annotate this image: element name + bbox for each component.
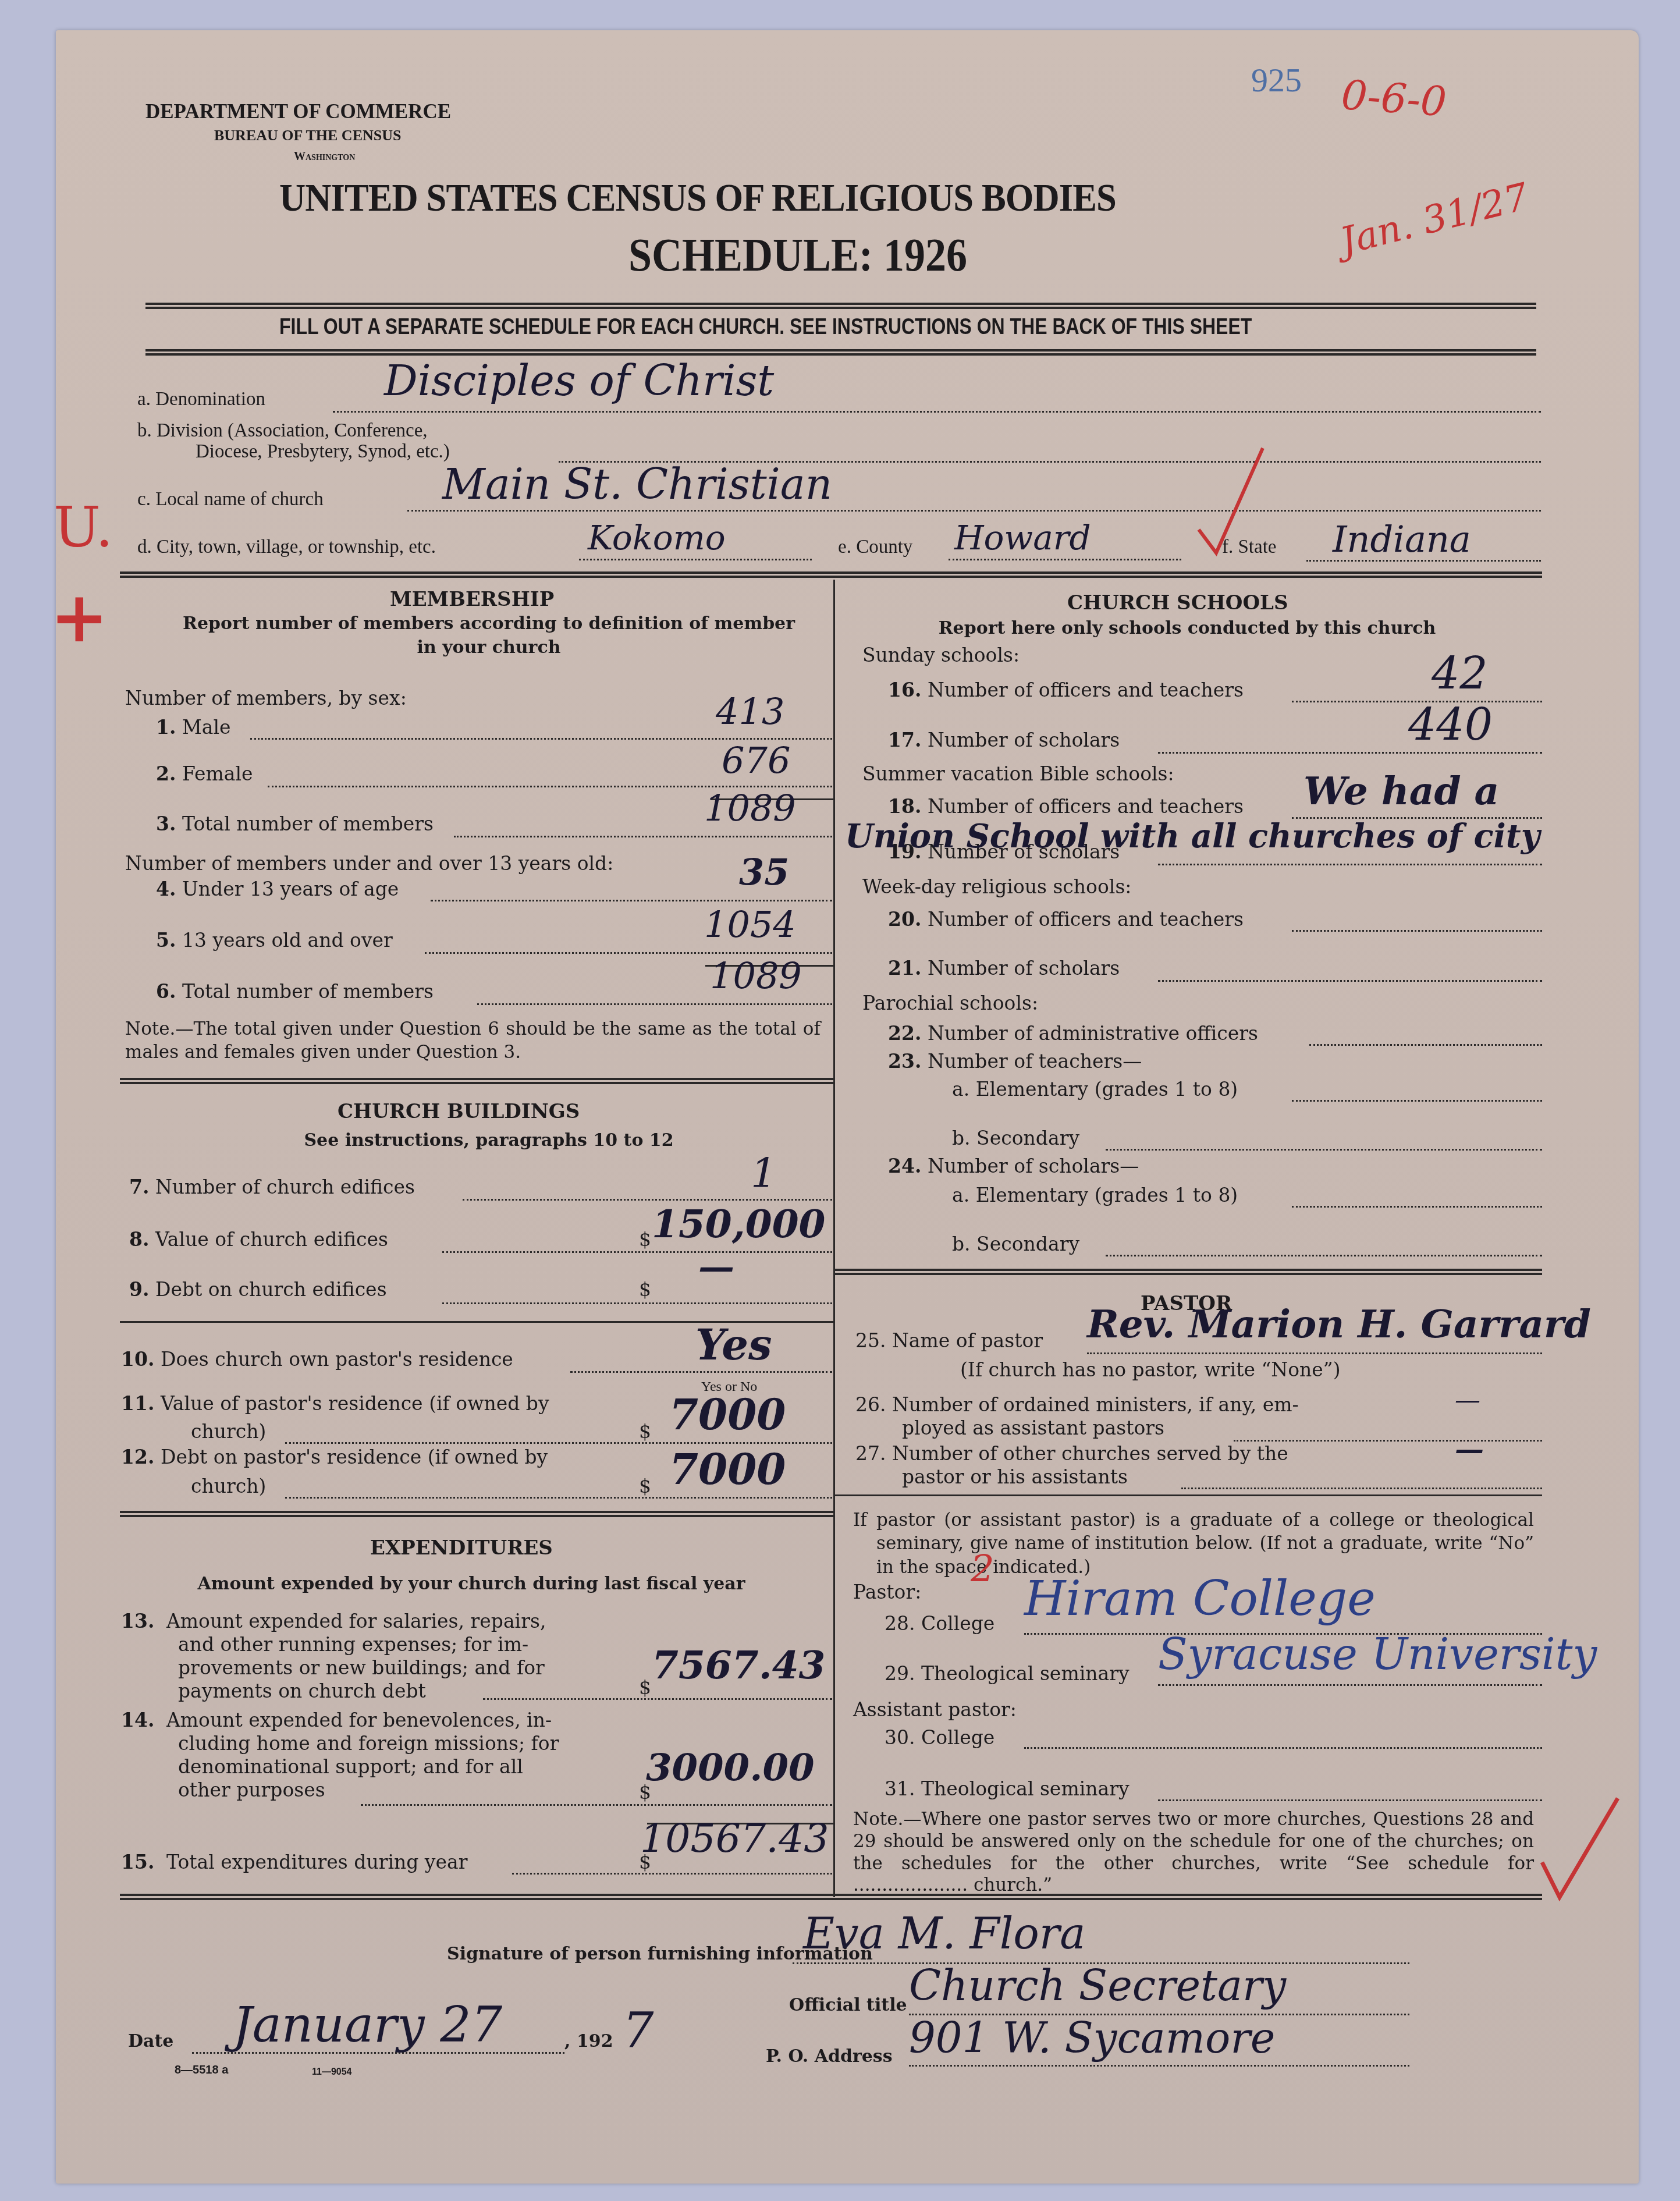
sunday-schools-heading: Sunday schools: xyxy=(862,644,1020,666)
q15-value[interactable]: 10567.43 xyxy=(640,1816,829,1862)
date-year-prefix: , 192 xyxy=(564,2031,613,2051)
q24a-line xyxy=(1292,1206,1542,1208)
margin-u-annotation: U. xyxy=(54,495,113,560)
pastor-name-value[interactable]: Rev. Marion H. Garrard xyxy=(1087,1301,1591,1347)
q27-label: 27. Number of other churches served by t… xyxy=(855,1442,1288,1465)
q26-label: 26. Number of ordained ministers, if any… xyxy=(855,1393,1299,1416)
total-members-2-value[interactable]: 1089 xyxy=(710,954,802,997)
id-divider xyxy=(120,571,1542,578)
assistant-education-heading: Assistant pastor: xyxy=(853,1698,1017,1721)
pastor-name-label: 25. Name of pastor xyxy=(855,1329,1043,1352)
edifices-value-label: 8. Value of church edifices xyxy=(129,1228,388,1251)
instructions-banner: FILL OUT A SEPARATE SCHEDULE FOR EACH CH… xyxy=(279,314,1252,340)
under-13-line xyxy=(431,900,832,901)
members-by-sex-label: Number of members, by sex: xyxy=(125,687,407,709)
pastor-mark-annotation: 2 xyxy=(971,1548,994,1591)
edifices-debt-value[interactable]: — xyxy=(698,1245,734,1288)
church-schools-title: CHURCH SCHOOLS xyxy=(1067,591,1288,615)
members-by-age-label: Number of members under and over 13 year… xyxy=(125,852,613,875)
church-name-label: c. Local name of church xyxy=(137,489,324,510)
seminary-label: 29. Theological seminary xyxy=(885,1662,1130,1685)
expenditures-subtitle: Amount expended by your church during la… xyxy=(128,1572,815,1596)
q14-line xyxy=(361,1804,832,1806)
q16-value[interactable]: 42 xyxy=(1432,647,1488,699)
pastor-divider xyxy=(833,1494,1542,1496)
edifices-value-value[interactable]: 150,000 xyxy=(652,1201,826,1247)
q18-label: 18. Number of officers and teachers xyxy=(888,795,1244,818)
college-value[interactable]: Hiram College xyxy=(1024,1571,1376,1627)
address-label: P. O. Address xyxy=(766,2046,893,2067)
summer-schools-heading: Summer vacation Bible schools: xyxy=(862,762,1174,785)
form-title: UNITED STATES CENSUS OF RELIGIOUS BODIES xyxy=(279,175,1116,221)
county-value[interactable]: Howard xyxy=(954,518,1091,558)
header-divider xyxy=(145,303,1536,309)
edifices-count-label: 7. Number of church edifices xyxy=(129,1176,415,1198)
membership-note: Note.—The total given under Question 6 s… xyxy=(125,1017,821,1064)
form-number: 8—5518 a xyxy=(175,2064,228,2077)
edifices-count-value[interactable]: 1 xyxy=(751,1149,777,1197)
education-instructions: If pastor (or assistant pastor) is a gra… xyxy=(853,1508,1534,1579)
address-line xyxy=(909,2065,1409,2067)
under-13-value[interactable]: 35 xyxy=(739,851,789,893)
total-members-line xyxy=(454,836,832,837)
q26-label-2: ployed as assistant pastors xyxy=(902,1417,1164,1439)
denomination-line xyxy=(333,411,1541,413)
residence-debt-value[interactable]: 7000 xyxy=(669,1444,786,1494)
pastor-education-heading: Pastor: xyxy=(853,1581,921,1603)
q17-line xyxy=(1158,752,1542,754)
q26-value[interactable]: — xyxy=(1455,1385,1480,1415)
q26-line xyxy=(1234,1440,1542,1442)
church-buildings-title: CHURCH BUILDINGS xyxy=(338,1100,580,1123)
pastor-name-hint: (If church has no pastor, write “None”) xyxy=(960,1358,1341,1381)
address-value[interactable]: 901 W. Sycamore xyxy=(909,2014,1275,2062)
print-number: 11—9054 xyxy=(312,2067,352,2078)
city-value[interactable]: Kokomo xyxy=(588,518,726,558)
q23-label: 23. Number of teachers— xyxy=(888,1050,1142,1073)
residence-value-label: 11. Value of pastor's residence (if owne… xyxy=(121,1392,549,1415)
stamp-number: 925 xyxy=(1251,61,1302,100)
date-label: Date xyxy=(128,2031,173,2051)
weekday-schools-heading: Week-day religious schools: xyxy=(862,875,1131,898)
county-line xyxy=(949,559,1181,560)
schedule-title: SCHEDULE: 1926 xyxy=(628,229,967,282)
assistant-college-line xyxy=(1024,1747,1542,1749)
assistant-seminary-label: 31. Theological seminary xyxy=(885,1777,1130,1800)
county-label: e. County xyxy=(838,537,912,558)
code-annotation: 0-6-0 xyxy=(1340,71,1448,126)
q23a-label: a. Elementary (grades 1 to 8) xyxy=(952,1078,1238,1100)
female-label: 2. Female xyxy=(156,762,253,785)
banner-divider xyxy=(145,349,1536,356)
residence-debt-label: 12. Debt on pastor's residence (if owned… xyxy=(121,1446,548,1468)
q14-number: 14. xyxy=(121,1709,154,1731)
seminary-value[interactable]: Syracuse University xyxy=(1158,1630,1597,1680)
buildings-divider xyxy=(120,1511,833,1517)
residence-value-line xyxy=(285,1442,832,1444)
residence-value-dollar: $ xyxy=(639,1420,651,1443)
denomination-value[interactable]: Disciples of Christ xyxy=(384,356,774,405)
q24b-label: b. Secondary xyxy=(952,1233,1079,1255)
q21-line xyxy=(1158,980,1542,982)
pastor-name-line xyxy=(1087,1352,1542,1354)
denomination-label: a. Denomination xyxy=(137,389,265,410)
date-value[interactable]: January 27 xyxy=(233,1996,502,2053)
division-label: b. Division (Association, Conference, xyxy=(137,420,428,442)
q23b-label: b. Secondary xyxy=(952,1127,1079,1149)
q17-value[interactable]: 440 xyxy=(1408,698,1493,750)
signature-value[interactable]: Eva M. Flora xyxy=(803,1909,1085,1959)
residence-value-label-2: church) xyxy=(191,1420,266,1443)
over-13-label: 5. 13 years old and over xyxy=(156,929,393,952)
total-members-value[interactable]: 1089 xyxy=(704,787,796,829)
q23a-line xyxy=(1292,1100,1542,1102)
under-13-label: 4. Under 13 years of age xyxy=(156,878,399,900)
q13-dollar: $ xyxy=(639,1676,651,1699)
membership-title: MEMBERSHIP xyxy=(390,588,554,611)
q23b-line xyxy=(1106,1149,1542,1151)
city-line xyxy=(579,559,812,560)
over-13-line xyxy=(425,952,832,954)
q22-label: 22. Number of administrative officers xyxy=(888,1022,1258,1045)
q14-label: Amount expended for benevolences, in- cl… xyxy=(166,1709,559,1802)
male-label: 1. Male xyxy=(156,716,231,739)
q13-line xyxy=(483,1698,832,1700)
red-check-icon xyxy=(1193,442,1286,559)
pastor-note: Note.—Where one pastor serves two or mor… xyxy=(853,1809,1534,1897)
female-value[interactable]: 676 xyxy=(722,739,790,782)
q13-label: Amount expended for salaries, repairs, a… xyxy=(166,1610,546,1703)
owns-residence-line xyxy=(570,1371,832,1373)
bureau-name: BUREAU OF THE CENSUS xyxy=(214,127,401,144)
owns-residence-label: 10. Does church own pastor's residence xyxy=(121,1348,513,1371)
q19-value[interactable]: Union School with all churches of city xyxy=(845,817,1540,855)
seminary-line xyxy=(1158,1684,1542,1686)
schools-divider xyxy=(833,1269,1542,1275)
q21-label: 21. Number of scholars xyxy=(888,957,1120,979)
expenditures-title: EXPENDITURES xyxy=(370,1536,553,1560)
q27-value[interactable]: — xyxy=(1455,1432,1484,1466)
residence-debt-label-2: church) xyxy=(191,1475,266,1497)
bureau-city: Washington xyxy=(294,150,355,164)
total-members-2-label: 6. Total number of members xyxy=(156,980,434,1003)
college-label: 28. College xyxy=(885,1612,994,1635)
q22-line xyxy=(1309,1044,1542,1046)
residence-debt-line xyxy=(285,1497,832,1499)
male-value[interactable]: 413 xyxy=(716,690,784,733)
assistant-college-label: 30. College xyxy=(885,1726,994,1749)
red-check-icon xyxy=(1536,1792,1624,1903)
q15-label: Total expenditures during year xyxy=(166,1851,467,1873)
edifices-debt-dollar: $ xyxy=(639,1278,651,1301)
total-members-2-line xyxy=(477,1003,832,1005)
edifices-debt-label: 9. Debt on church edifices xyxy=(129,1278,387,1301)
q24b-line xyxy=(1106,1255,1542,1256)
q13-value[interactable]: 7567.43 xyxy=(652,1642,826,1688)
column-divider xyxy=(833,580,835,1897)
q14-value[interactable]: 3000.00 xyxy=(646,1746,814,1790)
q20-label: 20. Number of officers and teachers xyxy=(888,908,1244,931)
over-13-value[interactable]: 1054 xyxy=(704,903,796,946)
assistant-seminary-line xyxy=(1158,1799,1542,1801)
q20-line xyxy=(1292,930,1542,932)
total-members-label: 3. Total number of members xyxy=(156,812,434,835)
official-title-value[interactable]: Church Secretary xyxy=(909,1961,1286,2010)
edifices-value-line xyxy=(442,1251,832,1253)
edifices-count-line xyxy=(463,1199,832,1201)
margin-cross-annotation: + xyxy=(50,576,109,658)
church-schools-subtitle: Report here only schools conducted by th… xyxy=(873,617,1501,641)
owns-residence-value[interactable]: Yes xyxy=(695,1320,772,1369)
parochial-schools-heading: Parochial schools: xyxy=(862,992,1038,1014)
q17-label: 17. Number of scholars xyxy=(888,729,1120,751)
edifices-debt-line xyxy=(442,1302,832,1304)
residence-value-value[interactable]: 7000 xyxy=(669,1390,786,1439)
q27-label-2: pastor or his assistants xyxy=(902,1465,1128,1488)
q16-label: 16. Number of officers and teachers xyxy=(888,679,1244,701)
state-value[interactable]: Indiana xyxy=(1333,518,1471,560)
q15-number: 15. xyxy=(121,1851,154,1873)
q24-label: 24. Number of scholars— xyxy=(888,1155,1139,1177)
q18-value[interactable]: We had a xyxy=(1303,768,1499,814)
city-label: d. City, town, village, or township, etc… xyxy=(137,537,436,558)
church-name-value[interactable]: Main St. Christian xyxy=(442,460,832,509)
edifices-value-dollar: $ xyxy=(639,1228,651,1251)
membership-subtitle: Report number of members according to de… xyxy=(175,612,803,659)
division-label-2: Diocese, Presbytery, Synod, etc.) xyxy=(196,441,450,463)
q19-line xyxy=(1158,864,1542,865)
department-name: DEPARTMENT OF COMMERCE xyxy=(145,100,451,123)
church-name-line xyxy=(407,510,1541,512)
state-line xyxy=(1306,560,1541,562)
q13-number: 13. xyxy=(121,1610,154,1632)
q24a-label: a. Elementary (grades 1 to 8) xyxy=(952,1184,1238,1206)
q15-line xyxy=(512,1873,832,1875)
membership-divider xyxy=(120,1078,833,1084)
q27-line xyxy=(1181,1488,1542,1489)
official-title-label: Official title xyxy=(789,1995,907,2015)
church-buildings-subtitle: See instructions, paragraphs 10 to 12 xyxy=(175,1129,803,1153)
residence-debt-dollar: $ xyxy=(639,1475,651,1497)
date-year-value[interactable]: 7 xyxy=(623,2002,653,2059)
